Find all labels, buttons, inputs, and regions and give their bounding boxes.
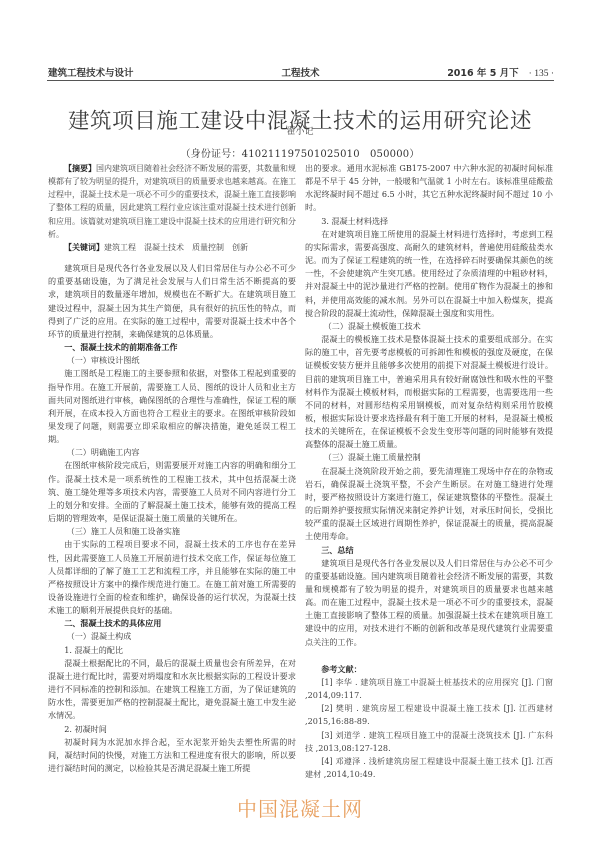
subsection-heading: （三）施工人员和施工设备实施 xyxy=(48,525,296,538)
reference-item: [2] 樊明 . 建筑房屋工程建设中混凝土施工技术 [J]. 江西建材 ,201… xyxy=(305,702,553,728)
abstract-label: 【摘要】 xyxy=(64,164,96,173)
intro-paragraph: 建筑项目是现代各行各业发展以及人们日常居住与办公必不可少的重要基础设施，为了满足… xyxy=(48,262,296,341)
subsection-heading: （二）混凝土模板施工技术 xyxy=(305,320,553,333)
subsection-heading: （一）混凝土构成 xyxy=(48,630,296,643)
issue-info: 2016 年 5 月下· 135 · xyxy=(447,65,554,79)
subsection-heading: （三）混凝土施工质量控制 xyxy=(305,451,553,464)
keywords-label: 【关键词】 xyxy=(64,243,104,252)
paragraph-continued: 出的要求。通用水泥标准 GB175-2007 中六种水泥的初凝时间标准都是不早于… xyxy=(305,162,553,215)
issue-date: 2016 年 5 月下 xyxy=(447,68,518,79)
sub-subsection-heading: 1. 混凝土的配比 xyxy=(48,644,296,657)
spacer xyxy=(48,254,296,262)
section-heading: 二、混凝土技术的具体应用 xyxy=(48,617,296,630)
abstract: 【摘要】国内建筑项目随着社会经济不断发展的需要，其数量和规模都有了较为明显的提升… xyxy=(48,162,296,241)
author-id-line: （身份证号：410211197501025010 050000） xyxy=(0,145,600,160)
paragraph: 混凝土的模板施工技术是整体混凝土技术的重要组成部分。在实际的施工中，首先要考虑模… xyxy=(305,333,553,451)
paragraph: 在混凝土浇筑阶段开始之前，要先清理施工现场中存在的杂物或岩石，确保混凝土浇筑平整… xyxy=(305,465,553,544)
paragraph: 在对建筑项目施工所使用的混凝土材料进行选择时，考虑到工程的实际需求，需要高强度、… xyxy=(305,228,553,320)
right-column: 出的要求。通用水泥标准 GB175-2007 中六种水泥的初凝时间标准都是不早于… xyxy=(305,162,553,781)
running-head: 建筑工程技术与设计 工程技术 2016 年 5 月下· 135 · xyxy=(47,62,554,81)
paragraph: 混凝土根据配比的不同，最后的混凝土质量也会有所差异，在对混凝土进行配比时，需要对… xyxy=(48,657,296,723)
reference-item: [1] 李华 . 建筑项目施工中混凝土桩基技术的应用探究 [J]. 门窗 ,20… xyxy=(305,676,553,702)
paragraph: 在图纸审核阶段完成后，则需要展开对施工内容的明确和细分工作。混凝土技术是一项系统… xyxy=(48,459,296,525)
watermark: 中国混凝土网 xyxy=(0,793,600,822)
paragraph: 建筑项目是现代各行各业发展以及人们日常居住与办公必不可少的重要基础设施。国内建筑… xyxy=(305,557,553,649)
keywords: 【关键词】建筑工程 混凝土技术 质量控制 创新 xyxy=(48,241,296,254)
paragraph: 初凝时间为水泥加水拌合起，至水泥浆开始失去塑性所需的时间，凝结时间的快慢，对施工… xyxy=(48,736,296,775)
section-heading: 三、总结 xyxy=(305,544,553,557)
section-heading: 一、混凝土技术的前期准备工作 xyxy=(48,341,296,354)
left-column: 【摘要】国内建筑项目随着社会经济不断发展的需要，其数量和规模都有了较为明显的提升… xyxy=(48,162,296,775)
author-name: 翟小记 xyxy=(0,124,600,137)
abstract-text: 国内建筑项目随着社会经济不断发展的需要，其数量和规模都有了较为明显的提升，对建筑… xyxy=(48,164,296,239)
sub-subsection-heading: 3. 混凝土材料选择 xyxy=(305,215,553,228)
reference-item: [4] 邓遵泽 . 浅析建筑房屋工程建设中混凝土施工技术 [J]. 江西建材 ,… xyxy=(305,755,553,781)
sub-subsection-heading: 2. 初凝时间 xyxy=(48,723,296,736)
paragraph: 由于实际的工程项目要求不同，混凝土技术的工序也存在差异性，因此需要施工人员施工开… xyxy=(48,538,296,617)
keywords-text: 建筑工程 混凝土技术 质量控制 创新 xyxy=(104,243,248,252)
page-number: · 135 · xyxy=(529,69,554,79)
subsection-heading: （二）明确施工内容 xyxy=(48,446,296,459)
references-heading: 参考文献： xyxy=(305,663,553,676)
subsection-heading: （一）审核设计图纸 xyxy=(48,354,296,367)
paragraph: 施工图纸是工程施工的主要参照和依据，对整体工程起到重要的指导作用。在施工开展前，… xyxy=(48,367,296,446)
reference-item: [3] 刘道学 . 建筑工程项目施工中的混凝土浇筑技术 [J]. 广东科技 ,2… xyxy=(305,729,553,755)
